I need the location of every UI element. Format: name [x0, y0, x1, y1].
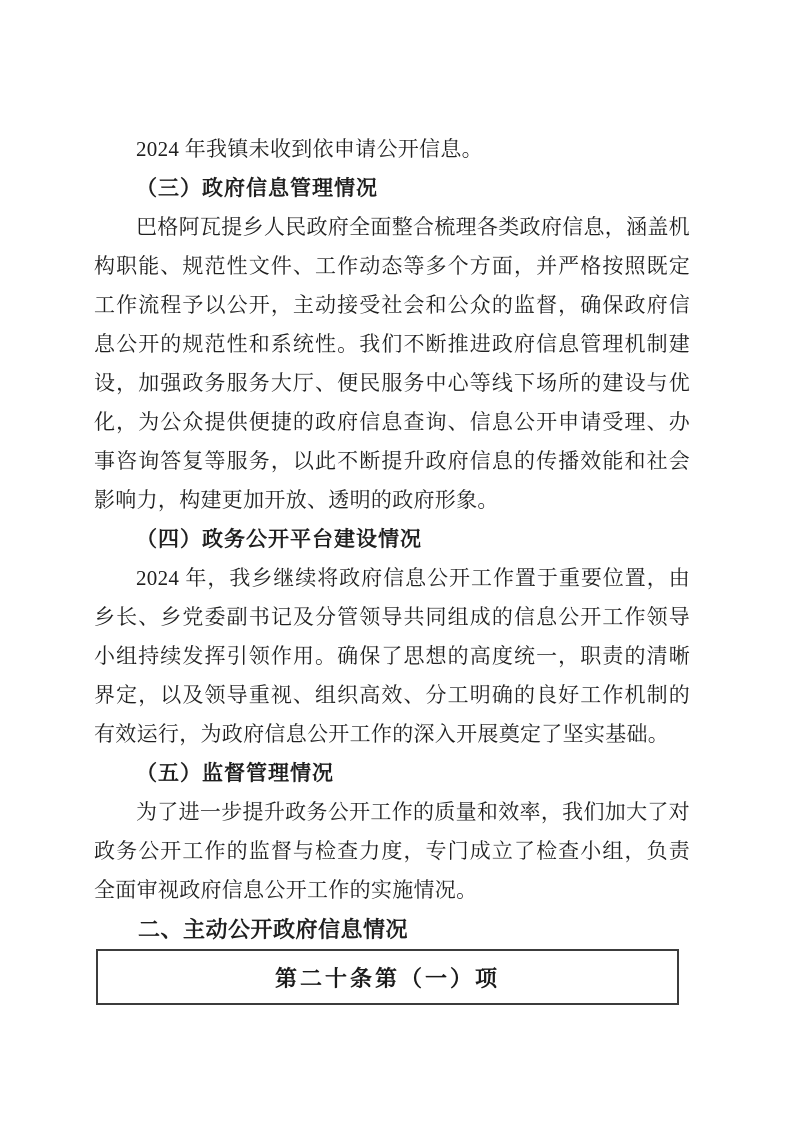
- paragraph-no-request-received: 2024 年我镇未收到依申请公开信息。: [94, 130, 690, 169]
- subheading-platform-construction: （四）政务公开平台建设情况: [94, 520, 690, 559]
- subheading-supervision-management: （五）监督管理情况: [94, 754, 690, 793]
- paragraph-supervision-management: 为了进一步提升政务公开工作的质量和效率，我们加大了对政务公开工作的监督与检查力度…: [94, 793, 690, 910]
- document-page: 2024 年我镇未收到依申请公开信息。 （三）政府信息管理情况 巴格阿瓦提乡人民…: [0, 0, 793, 1122]
- table-header-label: 第二十条第（一）项: [275, 962, 500, 993]
- section-heading-active-disclosure: 二、主动公开政府信息情况: [94, 910, 690, 949]
- paragraph-platform-construction: 2024 年，我乡继续将政府信息公开工作置于重要位置，由乡长、乡党委副书记及分管…: [94, 559, 690, 754]
- table-header-cell-article-20: 第二十条第（一）项: [96, 949, 679, 1005]
- paragraph-info-management: 巴格阿瓦提乡人民政府全面整合梳理各类政府信息，涵盖机构职能、规范性文件、工作动态…: [94, 208, 690, 520]
- subheading-info-management: （三）政府信息管理情况: [94, 169, 690, 208]
